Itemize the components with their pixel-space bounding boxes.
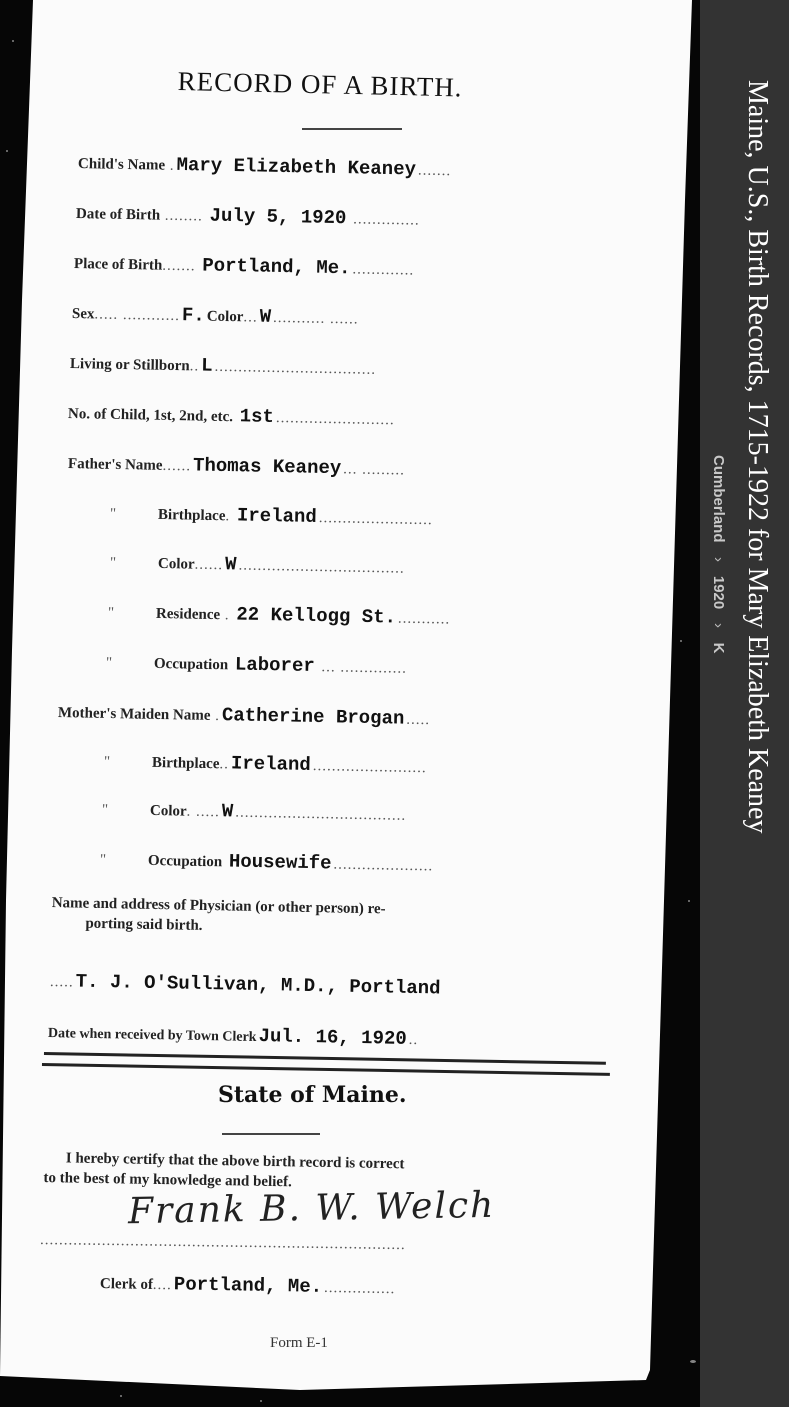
- field-value: July 5, 1920: [209, 205, 346, 230]
- field-label: Father's Name: [68, 456, 163, 474]
- clerk-signature: Frank B. W. Welch: [128, 1185, 496, 1232]
- title-rule: [302, 128, 402, 130]
- ditto-mark: ": [108, 605, 156, 623]
- field-label: Living or Stillborn: [70, 356, 190, 374]
- field-label: Birthplace: [152, 755, 220, 772]
- field-label: Place of Birth: [74, 256, 163, 274]
- field-sex-color: Sex..... ............F.Color...W........…: [72, 302, 359, 329]
- field-label: No. of Child, 1st, 2nd, etc.: [68, 406, 233, 425]
- field-value: 22 Kellogg St.: [236, 603, 396, 628]
- ditto-mark: ": [100, 852, 148, 870]
- clerk-of-row: Clerk of....Portland, Me................: [100, 1272, 396, 1299]
- field-father-color: "Color......W...........................…: [110, 551, 405, 579]
- field-mother-birthplace: "Birthplace..Ireland....................…: [104, 750, 427, 778]
- field-value: Portland, Me.: [202, 254, 351, 279]
- field-label: Sex: [72, 306, 95, 322]
- field-value: 1st: [240, 405, 275, 428]
- ditto-mark: ": [110, 555, 158, 573]
- received-value: Jul. 16, 1920: [258, 1025, 407, 1050]
- field-father-residence: "Residence . 22 Kellogg St............: [108, 601, 451, 630]
- field-label: Residence: [156, 606, 220, 623]
- received-date-row: Date when received by Town ClerkJul. 16,…: [48, 1021, 419, 1050]
- clerk-label: Clerk of: [100, 1276, 153, 1293]
- field-value: Mary Elizabeth Keaney: [176, 154, 416, 181]
- document-title: RECORD OF A BIRTH.: [177, 66, 463, 103]
- physician-label: Name and address of Physician (or other …: [51, 893, 386, 939]
- field-label: Mother's Maiden Name: [58, 705, 211, 724]
- field-label: Color: [158, 556, 195, 573]
- double-rule-bottom: [42, 1063, 610, 1076]
- ditto-mark: ": [104, 754, 152, 772]
- ditto-mark: ": [106, 655, 154, 673]
- field-place-of-birth: Place of Birth....... Portland, Me......…: [74, 252, 415, 281]
- field-mother-occupation: "Occupation Housewife...................…: [100, 848, 434, 876]
- state-heading: State of Maine.: [218, 1082, 407, 1108]
- breadcrumb-letter[interactable]: K: [710, 643, 727, 654]
- breadcrumb: Cumberland › 1920 › K: [708, 455, 728, 653]
- breadcrumb-county[interactable]: Cumberland: [710, 455, 727, 543]
- field-living-or-stillborn: Living or Stillborn..L..................…: [70, 352, 377, 380]
- field-value: W: [259, 306, 271, 328]
- field-value: W: [222, 800, 234, 822]
- field-label: Date of Birth: [76, 206, 160, 224]
- physician-value: T. J. O'Sullivan, M.D., Portland: [76, 970, 441, 999]
- field-father-occupation: "Occupation Laborer ... ..............: [106, 651, 407, 679]
- field-value: Laborer: [235, 653, 315, 677]
- physician-value-row: .....T. J. O'Sullivan, M.D., Portland: [50, 970, 443, 1000]
- breadcrumb-year[interactable]: 1920: [710, 576, 727, 609]
- field-no-of-child: No. of Child, 1st, 2nd, etc. 1st........…: [68, 402, 395, 430]
- field-label: Occupation: [154, 656, 228, 673]
- signature-line: ........................................…: [40, 1232, 406, 1254]
- field-childs-name: Child's Name .Mary Elizabeth Keaney.....…: [78, 152, 452, 181]
- field-label: Child's Name: [78, 156, 165, 174]
- field-mother-color: "Color. .....W..........................…: [102, 798, 407, 826]
- field-label: Occupation: [148, 853, 222, 870]
- ditto-mark: ": [102, 802, 150, 820]
- received-label: Date when received by Town Clerk: [48, 1026, 257, 1045]
- chevron-right-icon: ›: [708, 623, 728, 628]
- field-label: Color: [207, 309, 244, 326]
- chevron-right-icon: ›: [708, 557, 728, 562]
- birth-record-document: RECORD OF A BIRTH. Child's Name .Mary El…: [0, 0, 700, 1407]
- field-value: F.: [182, 304, 205, 326]
- form-number: Form E-1: [270, 1335, 328, 1352]
- field-value: Housewife: [229, 850, 332, 874]
- field-value: Ireland: [231, 752, 311, 776]
- state-rule: [222, 1133, 320, 1135]
- field-value: W: [225, 553, 237, 575]
- field-label: Birthplace: [158, 507, 226, 524]
- field-label: Color: [150, 803, 187, 820]
- field-value: L: [201, 355, 213, 377]
- field-father-birthplace: "Birthplace. Ireland....................…: [110, 502, 433, 530]
- ditto-mark: ": [110, 506, 158, 524]
- clerk-value: Portland, Me.: [174, 1273, 323, 1298]
- record-title: Maine, U.S., Birth Records, 1715-1922 fo…: [741, 80, 773, 833]
- double-rule-top: [44, 1052, 606, 1065]
- field-value: Catherine Brogan: [222, 704, 405, 729]
- field-mothers-maiden-name: Mother's Maiden Name .Catherine Brogan..…: [58, 701, 431, 730]
- field-value: Ireland: [237, 504, 317, 528]
- field-date-of-birth: Date of Birth ........ July 5, 1920 ....…: [76, 202, 420, 231]
- field-fathers-name: Father's Name......Thomas Keaney... ....…: [68, 452, 405, 480]
- field-value: Thomas Keaney: [193, 454, 342, 479]
